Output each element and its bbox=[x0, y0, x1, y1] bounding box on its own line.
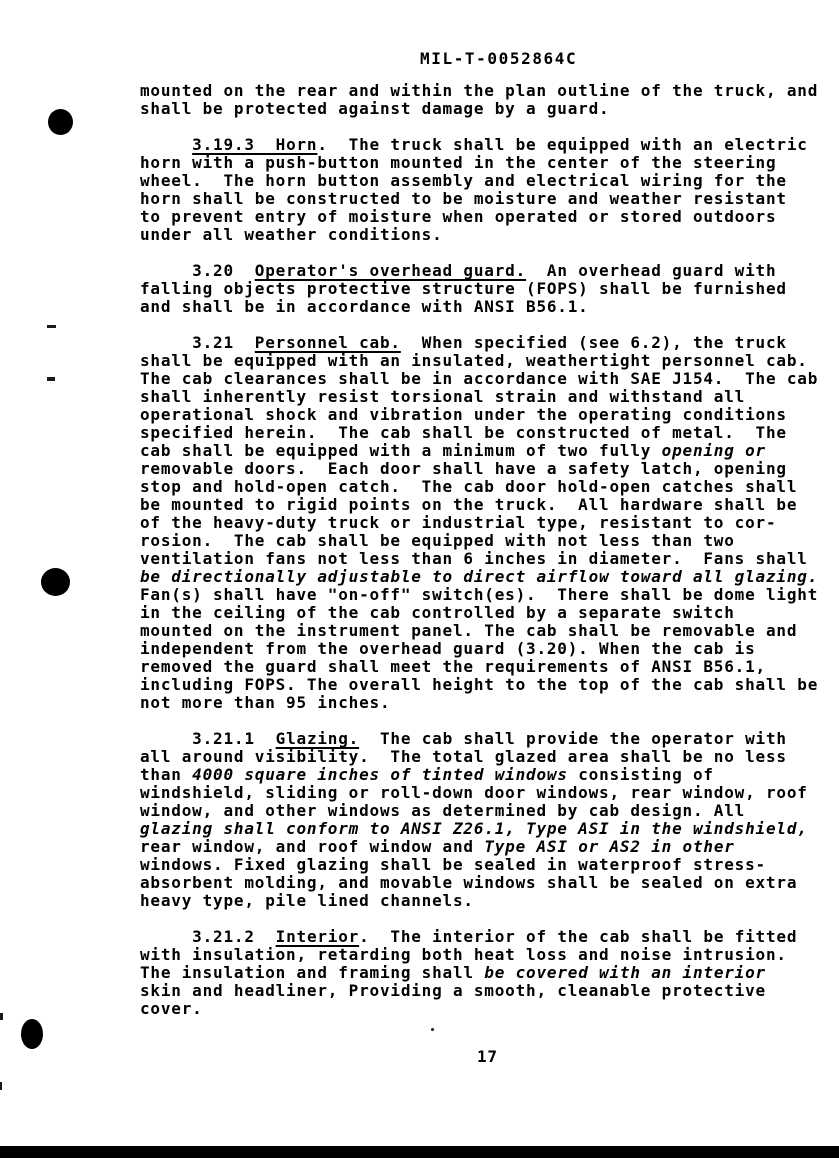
text-line: stop and hold-open catch. The cab door h… bbox=[140, 478, 839, 496]
text-line: and shall be in accordance with ANSI B56… bbox=[140, 298, 839, 316]
text-line: to prevent entry of moisture when operat… bbox=[140, 208, 839, 226]
text-line: in the ceiling of the cab controlled by … bbox=[140, 604, 839, 622]
text-line: operational shock and vibration under th… bbox=[140, 406, 839, 424]
page-number: 17 bbox=[477, 1047, 498, 1066]
text-line: mounted on the instrument panel. The cab… bbox=[140, 622, 839, 640]
text-line: window, and other windows as determined … bbox=[140, 802, 839, 820]
text-line: windshield, sliding or roll-down door wi… bbox=[140, 784, 839, 802]
text-line: not more than 95 inches. bbox=[140, 694, 839, 712]
punch-hole bbox=[21, 1019, 43, 1049]
text-line: glazing shall conform to ANSI Z26.1, Typ… bbox=[140, 820, 839, 838]
scan-artifact bbox=[0, 1013, 3, 1020]
text-line: under all weather conditions. bbox=[140, 226, 839, 244]
text-line: heavy type, pile lined channels. bbox=[140, 892, 839, 910]
text-line: rosion. The cab shall be equipped with n… bbox=[140, 532, 839, 550]
text-line: 3.21 Personnel cab. When specified (see … bbox=[140, 334, 839, 352]
text-line: removed the guard shall meet the require… bbox=[140, 658, 839, 676]
text-line: ventilation fans not less than 6 inches … bbox=[140, 550, 839, 568]
scan-artifact bbox=[0, 1082, 2, 1090]
text-line: Fan(s) shall have "on-off" switch(es). T… bbox=[140, 586, 839, 604]
paragraph: 3.21.2 Interior. The interior of the cab… bbox=[140, 928, 839, 1018]
scan-artifact bbox=[431, 1028, 434, 1031]
text-line: specified herein. The cab shall be const… bbox=[140, 424, 839, 442]
text-line: horn shall be constructed to be moisture… bbox=[140, 190, 839, 208]
text-line: shall inherently resist torsional strain… bbox=[140, 388, 839, 406]
paragraph: 3.20 Operator's overhead guard. An overh… bbox=[140, 262, 839, 316]
text-line: with insulation, retarding both heat los… bbox=[140, 946, 839, 964]
punch-hole bbox=[48, 109, 73, 135]
text-line: cab shall be equipped with a minimum of … bbox=[140, 442, 839, 460]
text-line: be directionally adjustable to direct ai… bbox=[140, 568, 839, 586]
paragraph: 3.21.1 Glazing. The cab shall provide th… bbox=[140, 730, 839, 910]
text-line: wheel. The horn button assembly and elec… bbox=[140, 172, 839, 190]
paragraph: mounted on the rear and within the plan … bbox=[140, 82, 839, 118]
scanned-document-page: MIL-T-0052864C mounted on the rear and w… bbox=[0, 0, 839, 1158]
text-line: all around visibility. The total glazed … bbox=[140, 748, 839, 766]
document-body: mounted on the rear and within the plan … bbox=[140, 82, 839, 1018]
text-line: 3.20 Operator's overhead guard. An overh… bbox=[140, 262, 839, 280]
text-line: cover. bbox=[140, 1000, 839, 1018]
text-line: independent from the overhead guard (3.2… bbox=[140, 640, 839, 658]
scan-edge-bar bbox=[0, 1146, 839, 1158]
text-line: including FOPS. The overall height to th… bbox=[140, 676, 839, 694]
text-line: falling objects protective structure (FO… bbox=[140, 280, 839, 298]
paragraph: 3.21 Personnel cab. When specified (see … bbox=[140, 334, 839, 712]
scan-artifact bbox=[47, 377, 55, 381]
text-line: of the heavy-duty truck or industrial ty… bbox=[140, 514, 839, 532]
paragraph: 3.19.3 Horn. The truck shall be equipped… bbox=[140, 136, 839, 244]
text-line: shall be equipped with an insulated, wea… bbox=[140, 352, 839, 370]
text-line: 3.19.3 Horn. The truck shall be equipped… bbox=[140, 136, 839, 154]
text-line: 3.21.1 Glazing. The cab shall provide th… bbox=[140, 730, 839, 748]
text-line: than 4000 square inches of tinted window… bbox=[140, 766, 839, 784]
text-line: windows. Fixed glazing shall be sealed i… bbox=[140, 856, 839, 874]
text-line: rear window, and roof window and Type AS… bbox=[140, 838, 839, 856]
text-line: mounted on the rear and within the plan … bbox=[140, 82, 839, 100]
text-line: horn with a push-button mounted in the c… bbox=[140, 154, 839, 172]
text-line: absorbent molding, and movable windows s… bbox=[140, 874, 839, 892]
text-line: 3.21.2 Interior. The interior of the cab… bbox=[140, 928, 839, 946]
text-line: The cab clearances shall be in accordanc… bbox=[140, 370, 839, 388]
document-id-header: MIL-T-0052864C bbox=[420, 49, 577, 68]
text-line: skin and headliner, Providing a smooth, … bbox=[140, 982, 839, 1000]
scan-artifact bbox=[47, 325, 56, 328]
punch-hole bbox=[41, 568, 70, 596]
text-line: shall be protected against damage by a g… bbox=[140, 100, 839, 118]
text-line: The insulation and framing shall be cove… bbox=[140, 964, 839, 982]
text-line: removable doors. Each door shall have a … bbox=[140, 460, 839, 478]
text-line: be mounted to rigid points on the truck.… bbox=[140, 496, 839, 514]
